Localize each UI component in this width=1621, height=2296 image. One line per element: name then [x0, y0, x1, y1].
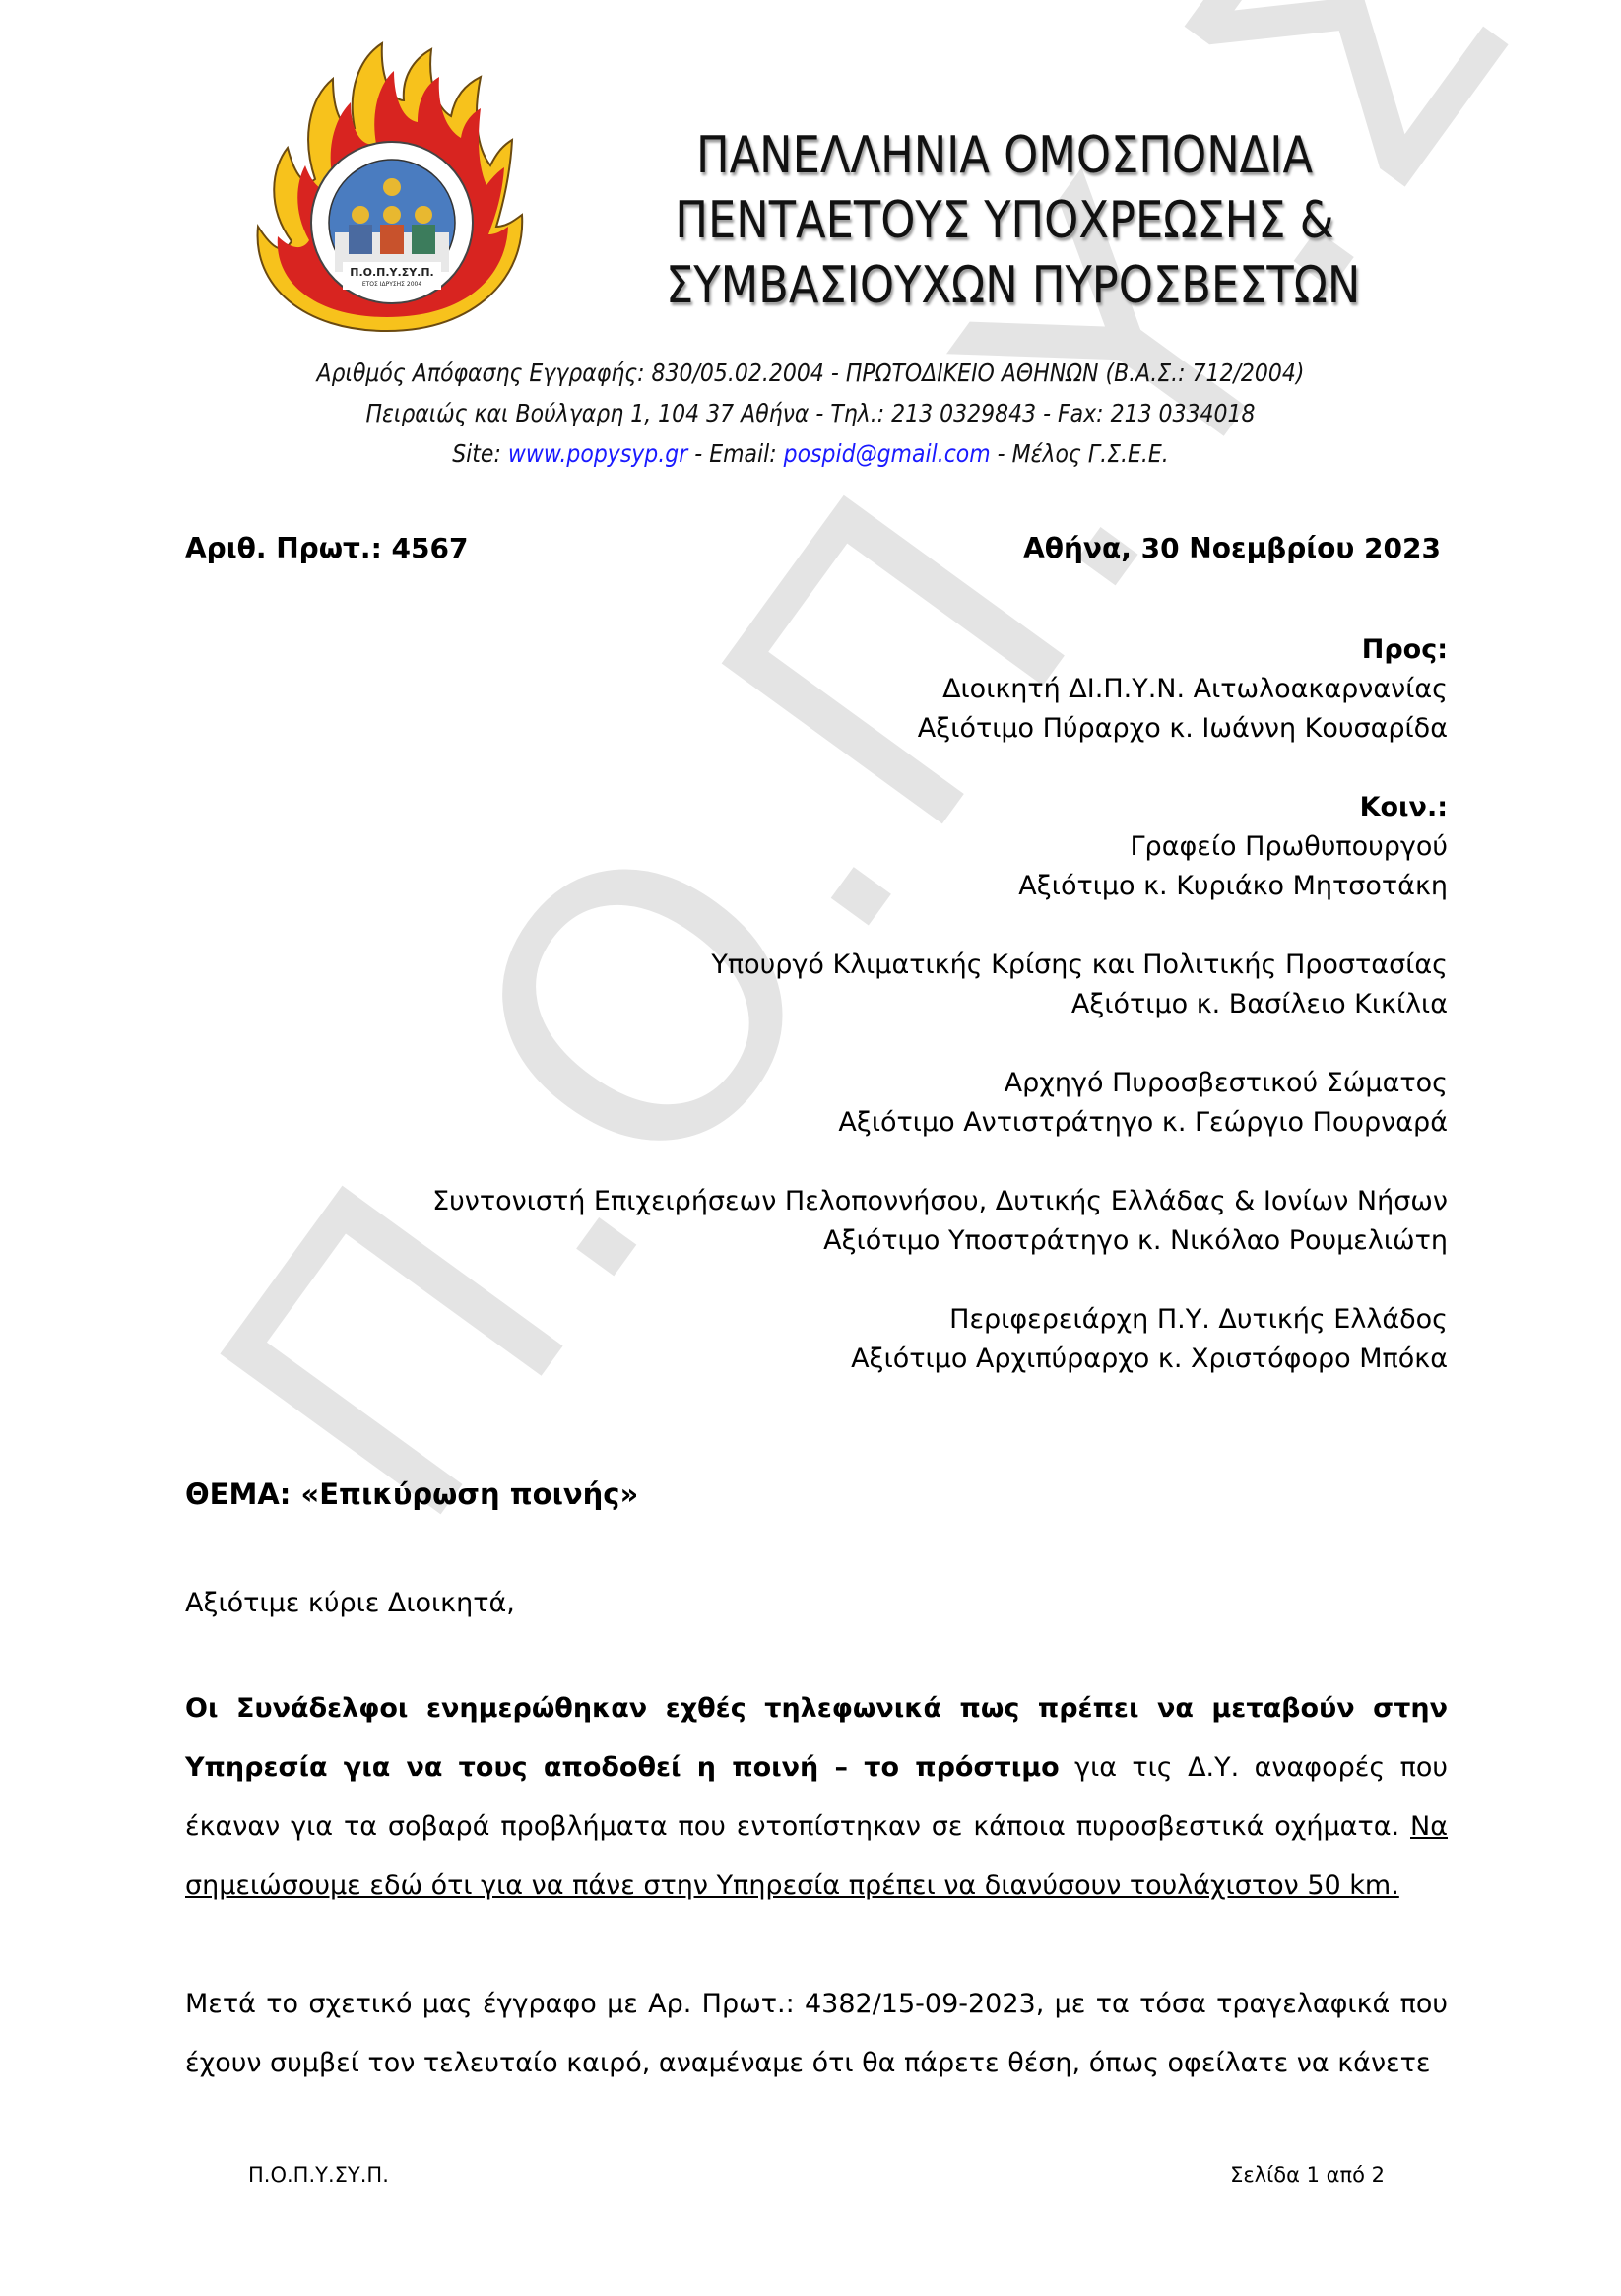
to-line: Αξιότιμο Πύραρχο κ. Ιωάννη Κουσαρίδα — [432, 709, 1448, 749]
body-paragraph: Μετά το σχετικό μας έγγραφο με Αρ. Πρωτ.… — [185, 1975, 1448, 2093]
cc-line: Αξιότιμο Υποστράτηγο κ. Νικόλαο Ρουμελιώ… — [432, 1221, 1448, 1261]
contact-block: Αριθμός Απόφασης Εγγραφής: 830/05.02.200… — [197, 353, 1424, 474]
flame-emblem-icon: Π.Ο.Π.Υ.ΣΥ.Π. ΕΤΟΣ ΙΔΡΥΣΗΣ 2004 — [244, 39, 530, 335]
to-label: Προς: — [432, 630, 1448, 670]
page-number: Σελίδα 1 από 2 — [1230, 2163, 1385, 2187]
address-line: Πειραιώς και Βούλγαρη 1, 104 37 Αθήνα - … — [271, 393, 1350, 433]
protocol-number: Αριθ. Πρωτ.: 4567 — [185, 532, 468, 564]
cc-line: Αξιότιμο Αντιστράτηγο κ. Γεώργιο Πουρναρ… — [432, 1103, 1448, 1143]
svg-text:ΕΤΟΣ ΙΔΡΥΣΗΣ 2004: ΕΤΟΣ ΙΔΡΥΣΗΣ 2004 — [362, 281, 421, 288]
email-link[interactable]: pospid@gmail.com — [784, 439, 991, 468]
subject-heading: ΘΕΜΑ: «Επικύρωση ποινής» — [185, 1477, 638, 1511]
footer-org: Π.Ο.Π.Υ.ΣΥ.Π. — [248, 2163, 389, 2187]
svg-text:Π.Ο.Π.Υ.ΣΥ.Π.: Π.Ο.Π.Υ.ΣΥ.Π. — [350, 266, 434, 279]
registration-line: Αριθμός Απόφασης Εγγραφής: 830/05.02.200… — [271, 353, 1350, 393]
cc-line: Αξιότιμο κ. Βασίλειο Κικίλια — [432, 985, 1448, 1024]
recipients-block: Προς: Διοικητή ΔΙ.Π.Υ.Ν. Αιτωλοακαρνανία… — [432, 630, 1448, 1379]
cc-line: Γραφείο Πρωθυπουργού — [432, 827, 1448, 867]
site-link[interactable]: www.popysyp.gr — [508, 439, 687, 468]
org-title-line: ΠΑΝΕΛΛΗΝΙΑ ΟΜΟΣΠΟΝΔΙΑ — [666, 123, 1343, 188]
member-label: - Μέλος Γ.Σ.Ε.Ε. — [991, 439, 1169, 468]
cc-label: Κοιν.: — [432, 788, 1448, 827]
document-page: Π.Ο.Π.Υ.ΣΥ.Π. ΕΤΟΣ ΙΔΡΥΣΗΣ 2004 ΠΑΝΕΛΛΗΝ… — [0, 0, 1621, 2296]
place-date: Αθήνα, 30 Νοεμβρίου 2023 — [1023, 532, 1441, 564]
cc-line: Αξιότιμο κ. Κυριάκο Μητσοτάκη — [432, 867, 1448, 906]
organization-title: ΠΑΝΕΛΛΗΝΙΑ ΟΜΟΣΠΟΝΔΙΑ ΠΕΝΤΑΕΤΟΥΣ ΥΠΟΧΡΕΩ… — [666, 123, 1343, 318]
org-title-line: ΠΕΝΤΑΕΤΟΥΣ ΥΠΟΧΡΕΩΣΗΣ & — [666, 188, 1343, 253]
site-label: Site: — [452, 439, 508, 468]
greeting: Αξιότιμε κύριε Διοικητά, — [185, 1588, 515, 1618]
org-title-line: ΣΥΜΒΑΣΙΟΥΧΩΝ ΠΥΡΟΣΒΕΣΤΩΝ — [666, 253, 1343, 318]
email-label: - Email: — [687, 439, 783, 468]
cc-line: Συντονιστή Επιχειρήσεων Πελοποννήσου, Δυ… — [432, 1182, 1448, 1221]
body-paragraph: Οι Συνάδελφοι ενημερώθηκαν εχθές τηλεφων… — [185, 1679, 1448, 1916]
cc-line: Περιφερειάρχη Π.Υ. Δυτικής Ελλάδος — [432, 1300, 1448, 1340]
to-line: Διοικητή ΔΙ.Π.Υ.Ν. Αιτωλοακαρνανίας — [432, 670, 1448, 709]
web-line: Site: www.popysyp.gr - Email: pospid@gma… — [271, 433, 1350, 474]
cc-line: Αξιότιμο Αρχιπύραρχο κ. Χριστόφορο Μπόκα — [432, 1340, 1448, 1379]
cc-line: Υπουργό Κλιματικής Κρίσης και Πολιτικής … — [432, 946, 1448, 985]
cc-line: Αρχηγό Πυροσβεστικού Σώματος — [432, 1064, 1448, 1103]
